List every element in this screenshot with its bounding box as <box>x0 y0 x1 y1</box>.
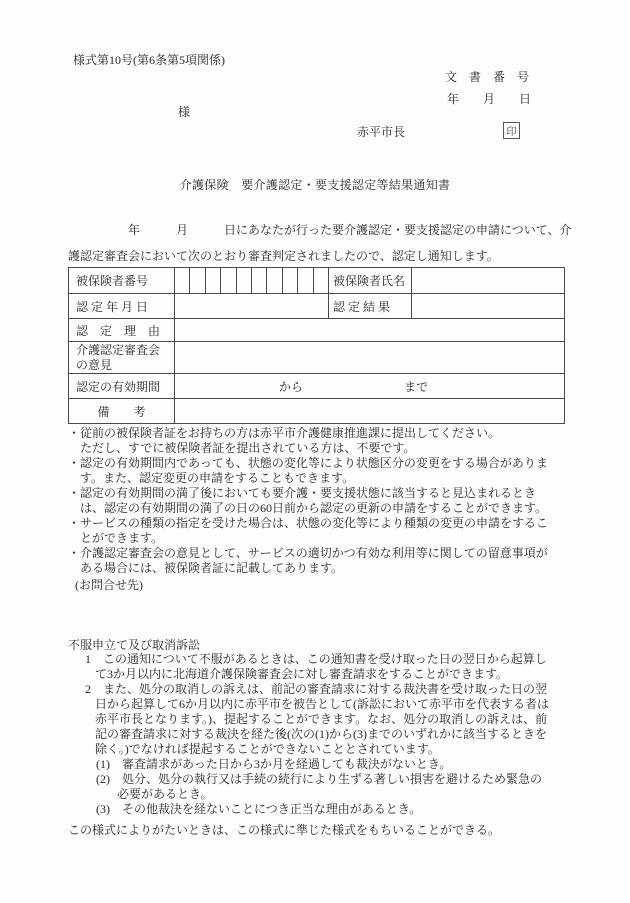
period-from-label: から <box>279 378 303 395</box>
opinion-label-line: の意見 <box>76 358 160 373</box>
appeal-line: 2 また、処分の取消しの訴えは、前記の審査請求に対する裁決書を受け取った日の翌 <box>95 682 573 697</box>
table-row-cert-date: 認 定 年 月 日 認 定 結 果 <box>69 293 564 318</box>
cert-result-value <box>411 294 564 318</box>
note-line: ある場合には、被保険者証に記載してあります。 <box>80 561 582 576</box>
body-line: 護認定審査会において次のとおり審査判定されましたので、認定し通知します。 <box>68 243 578 269</box>
footer-note: この様式によりがたいときは、この様式に準じた様式をもちいることができる。 <box>68 821 500 838</box>
remarks-label: 備 考 <box>69 399 174 423</box>
insured-number-cell <box>313 268 328 293</box>
insured-number-cells <box>175 268 328 293</box>
sender-name: 赤平市長 <box>357 123 405 140</box>
insured-number-cell <box>175 268 189 293</box>
contact-label: (お問合せ先) <box>75 576 143 593</box>
insured-name-label: 被保険者氏名 <box>328 268 411 293</box>
appeal-item-2: 2 また、処分の取消しの訴えは、前記の審査請求に対する裁決書を受け取った日の翌 … <box>68 682 573 757</box>
appeal-subitem-2: (2) 処分、処分の執行又は手続の続行により生ずる著しい損害を避けるため緊急の … <box>68 772 573 802</box>
cert-reason-value <box>174 319 564 341</box>
period-to-label: まで <box>404 378 428 395</box>
date-line: 年 月 日 <box>0 90 531 107</box>
seal-stamp: 印 <box>503 122 520 139</box>
committee-opinion-value <box>174 342 564 373</box>
appeal-line: 赤平市長となります。)、提起することができます。なお、処分の取消しの訴えは、前 <box>95 712 573 727</box>
appeal-line: (3) その他裁決を経ないことにつき正当な理由があるとき。 <box>117 802 573 817</box>
appeal-section: 1 この通知について不服があるときは、この通知書を受け取った日の翌日から起算し … <box>68 652 573 817</box>
insured-number-cell <box>266 268 281 293</box>
seal-character: 印 <box>507 123 517 138</box>
insured-number-cell <box>297 268 312 293</box>
table-row-remarks: 備 考 <box>69 398 564 423</box>
appeal-heading: 不服申立て及び取消訴訟 <box>68 636 200 653</box>
remarks-value <box>174 399 564 423</box>
appeal-line: (2) 処分、処分の執行又は手続の続行により生ずる著しい損害を避けるため緊急の <box>117 772 573 787</box>
appeal-line: 記の審査請求に対する裁決を経た後(次の(1)から(3)までのいずれかに該当すると… <box>95 727 573 742</box>
insured-number-field <box>174 268 328 293</box>
appeal-line: 必要があるとき。 <box>117 787 573 802</box>
body-paragraph: 年 月 日にあなたが行った要介護認定・要支援認定の申請について、介 護認定審査会… <box>68 217 578 269</box>
note-line: ・介護認定審査会の意見として、サービスの適切かつ有効な利用等に関しての留意事項が <box>80 546 582 561</box>
note-line: ・サービスの種類の指定を受けた場合は、状態の変化等により種類の変更の申請をするこ <box>80 516 582 531</box>
insured-number-cell <box>236 268 251 293</box>
document-title: 介護保険 要介護認定・要支援認定等結果通知書 <box>0 176 630 193</box>
insured-number-cell <box>251 268 266 293</box>
note-line: とができます。 <box>80 531 582 546</box>
cert-reason-label: 認 定 理 由 <box>69 319 174 341</box>
insured-number-cell <box>189 268 204 293</box>
appeal-line: て3か月以内に北海道介護保険審査会に対し審査請求をすることができます。 <box>95 667 573 682</box>
insured-number-label: 被保険者番号 <box>69 268 174 293</box>
insured-number-cell <box>220 268 235 293</box>
body-line: 年 月 日にあなたが行った要介護認定・要支援認定の申請について、介 <box>68 217 578 243</box>
appeal-item-1: 1 この通知について不服があるときは、この通知書を受け取った日の翌日から起算し … <box>68 652 573 682</box>
cert-date-label: 認 定 年 月 日 <box>69 294 174 318</box>
appeal-line: (1) 審査請求があった日から3か月を経過しても裁決がないとき。 <box>117 757 573 772</box>
insured-number-cell <box>205 268 220 293</box>
note-line: ・認定の有効期間内であっても、状態の変化等により状態区分の変更をする場合がありま <box>80 456 582 471</box>
appeal-subitem-1: (1) 審査請求があった日から3か月を経過しても裁決がないとき。 <box>68 757 573 772</box>
notes-list: ・従前の被保険者証をお持ちの方は赤平市介護健康推進課に提出してください。 ただし… <box>68 426 582 576</box>
table-row-valid-period: 認定の有効期間 から まで <box>69 373 564 398</box>
appeal-line: 日から起算して6か月以内に赤平市を被告として(訴訟において赤平市を代表する者は <box>95 697 573 712</box>
note-line: ・認定の有効期間の満了後においても要介護・要支援状態に該当すると見込まれるとき <box>80 486 582 501</box>
appeal-line: 1 この通知について不服があるときは、この通知書を受け取った日の翌日から起算し <box>95 652 573 667</box>
opinion-label-line: 介護認定審査会 <box>76 343 160 358</box>
table-row-opinion: 介護認定審査会 の意見 <box>69 341 564 373</box>
cert-date-value <box>174 294 328 318</box>
valid-period-label: 認定の有効期間 <box>69 374 174 398</box>
insured-name-value <box>411 268 564 293</box>
table-row-insured: 被保険者番号 被保険者氏名 <box>69 268 564 293</box>
insured-number-cell <box>282 268 297 293</box>
note-line: す。また、認定変更の申請をすることもできます。 <box>80 471 582 486</box>
appeal-line: 除く。)でなければ提起することができないこととされています。 <box>95 742 573 757</box>
note-line: は、認定の有効期間の満了の日の60日前から認定の更新の申請をすることができます。 <box>80 501 582 516</box>
valid-period-value: から まで <box>174 374 564 398</box>
note-line: ・従前の被保険者証をお持ちの方は赤平市介護健康推進課に提出してください。 <box>80 426 582 441</box>
result-table: 被保険者番号 被保険者氏名 認 定 年 月 日 認 定 結 果 認 定 理 由 … <box>68 267 565 424</box>
committee-opinion-label: 介護認定審査会 の意見 <box>69 342 174 373</box>
form-number: 様式第10号(第6条第5項関係) <box>73 51 225 68</box>
appeal-subitem-3: (3) その他裁決を経ないことにつき正当な理由があるとき。 <box>68 802 573 817</box>
notification-document: 様式第10号(第6条第5項関係) 文 書 番 号 年 月 日 様 赤平市長 印 … <box>0 0 630 903</box>
note-line: ただし、すでに被保険者証を提出されている方は、不要です。 <box>80 441 582 456</box>
document-number-label: 文 書 番 号 <box>0 68 529 85</box>
cert-result-label: 認 定 結 果 <box>328 294 411 318</box>
addressee-suffix: 様 <box>178 103 190 120</box>
table-row-reason: 認 定 理 由 <box>69 318 564 341</box>
